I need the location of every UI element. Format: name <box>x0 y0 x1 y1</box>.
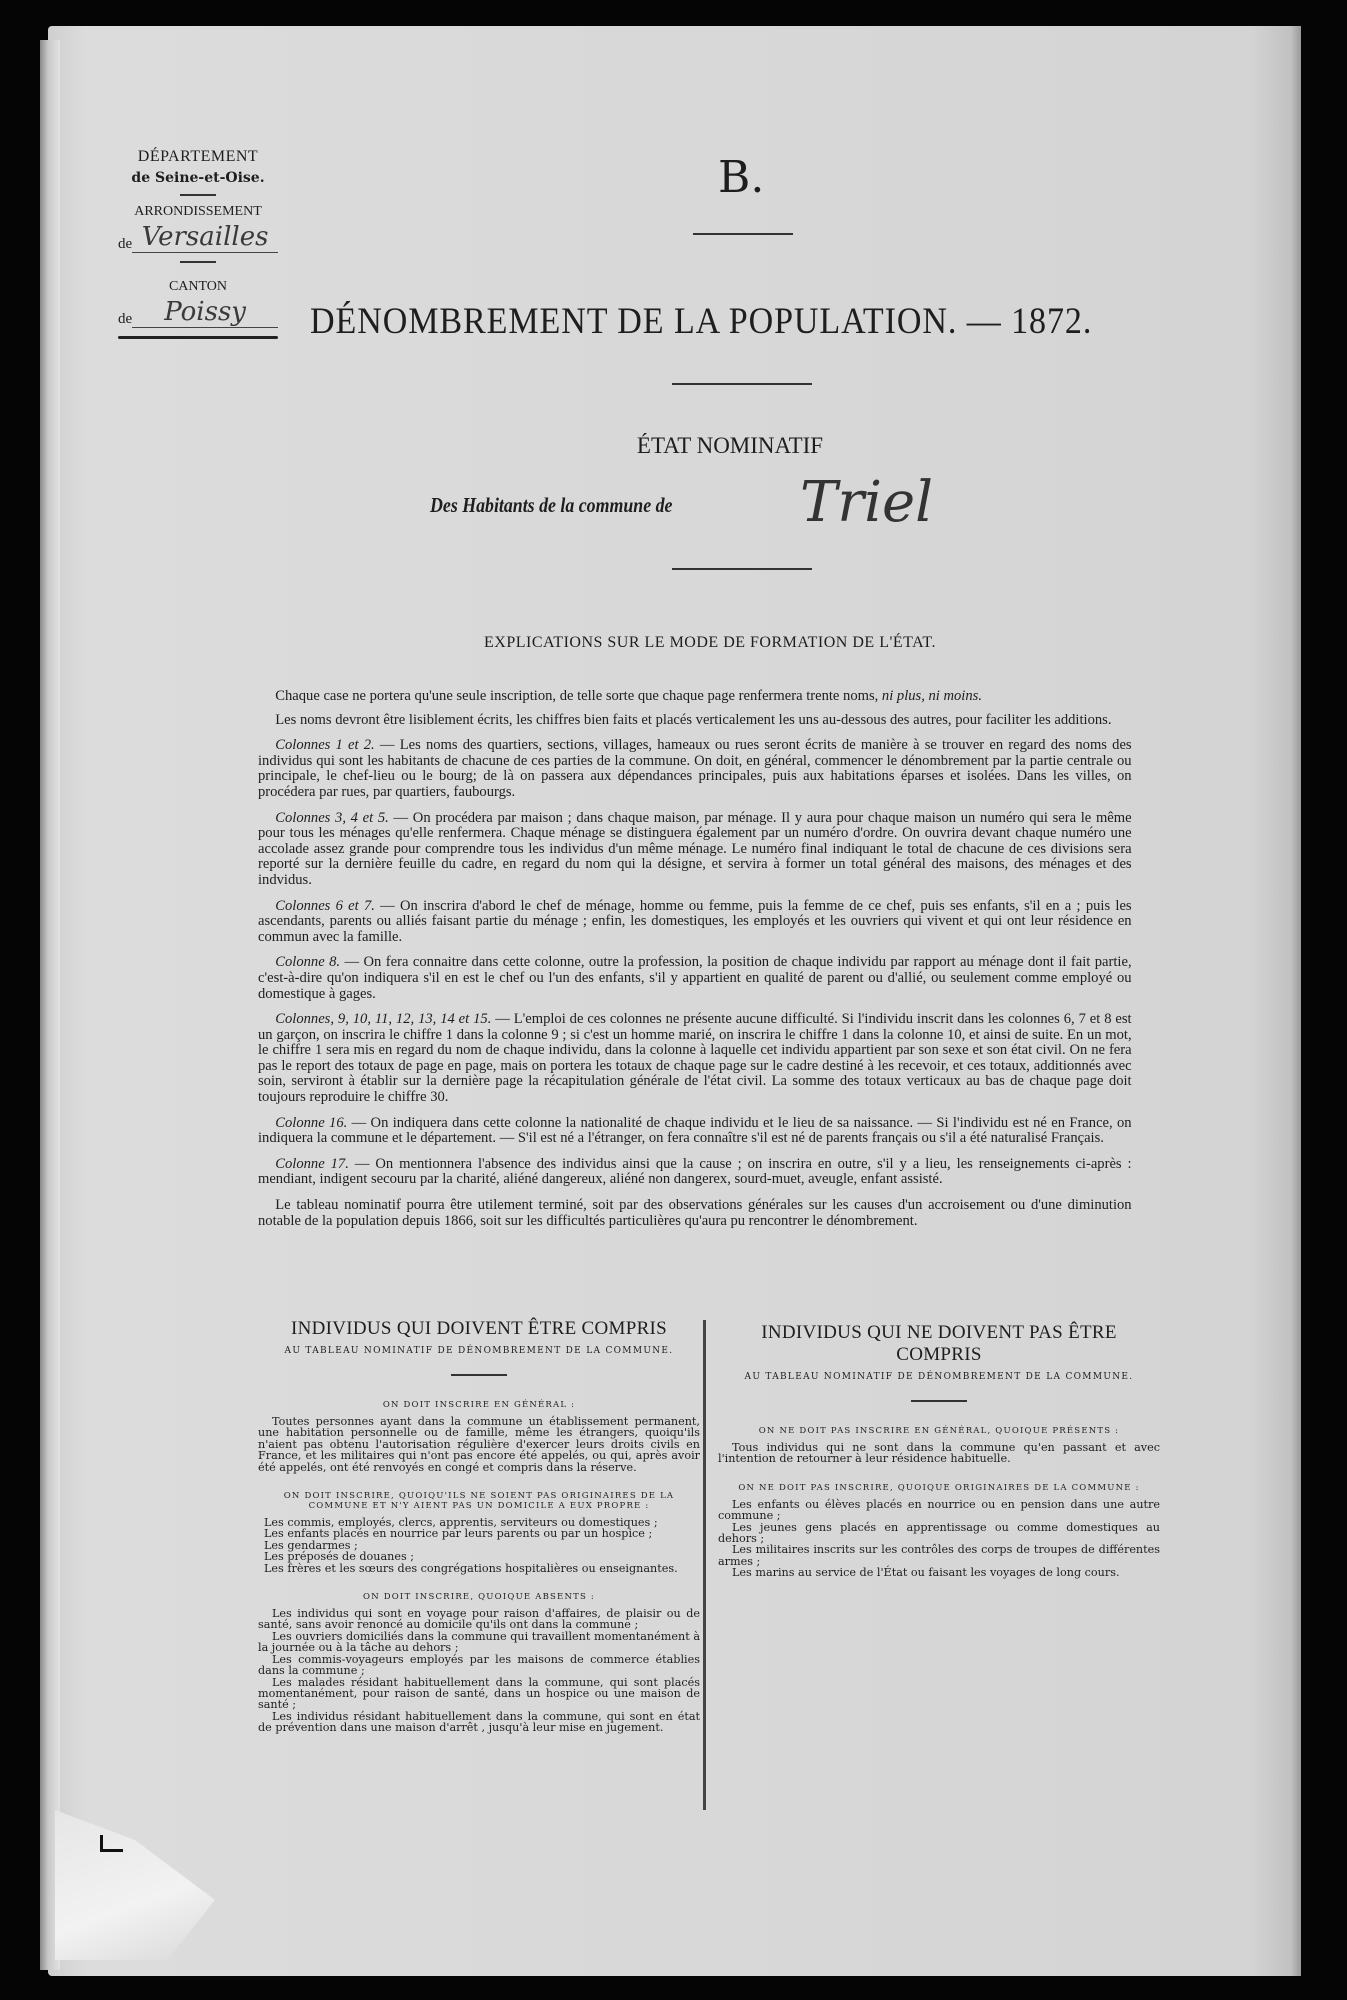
paragraph-lead: Colonne 17. <box>275 1155 349 1172</box>
explanation-paragraph: Chaque case ne portera qu'une seule insc… <box>258 688 1132 704</box>
arrondissement-field: de Versailles <box>118 222 278 253</box>
list-item: Les individus résidant habituellement da… <box>258 1711 700 1734</box>
included-subtitle: AU TABLEAU NOMINATIF DE DÉNOMBREMENT DE … <box>258 1346 700 1356</box>
section-text: Toutes personnes ayant dans la commune u… <box>258 1416 700 1473</box>
explanations-title: EXPLICATIONS SUR LE MODE DE FORMATION DE… <box>360 634 1060 652</box>
list-item: Les commis-voyageurs employés par les ma… <box>258 1654 700 1677</box>
explanation-paragraph: Colonne 16. — On indiquera dans cette co… <box>258 1115 1132 1146</box>
explanation-paragraph: Les noms devront être lisiblement écrits… <box>258 712 1132 728</box>
included-title: INDIVIDUS QUI DOIVENT ÊTRE COMPRIS <box>258 1318 700 1340</box>
list-item: Les jeunes gens placés en apprentissage … <box>718 1522 1160 1545</box>
paragraph: Tous individus qui ne sont dans la commu… <box>718 1442 1160 1465</box>
list-item: Les ouvriers domiciliés dans la commune … <box>258 1631 700 1654</box>
excluded-subtitle: AU TABLEAU NOMINATIF DE DÉNOMBREMENT DE … <box>718 1372 1160 1382</box>
divider <box>118 336 278 339</box>
explanation-paragraph: Colonne 8. — On fera connaitre dans cett… <box>258 954 1132 1001</box>
canton-field: de Poissy <box>118 297 278 328</box>
subtitle: ÉTAT NOMINATIF <box>580 433 880 459</box>
explanation-paragraph: Le tableau nominatif pourra être utileme… <box>258 1197 1132 1228</box>
paragraph-lead: Colonnes 3, 4 et 5. <box>275 809 389 826</box>
divider <box>672 568 812 570</box>
divider <box>911 1400 967 1402</box>
divider <box>180 194 216 196</box>
section-heading: ON NE DOIT PAS INSCRIRE EN GÉNÉRAL, QUOI… <box>718 1426 1160 1436</box>
page-title: DÉNOMBREMENT DE LA POPULATION. — 1872. <box>310 300 1110 343</box>
canton-label: CANTON <box>118 279 278 295</box>
paragraph: Toutes personnes ayant dans la commune u… <box>258 1416 700 1473</box>
divider <box>180 261 216 263</box>
arrondissement-prefix: de <box>118 236 132 253</box>
canton-handwritten: Poissy <box>132 297 278 328</box>
paragraph-lead: Colonnes 6 et 7. <box>275 897 375 914</box>
canton-prefix: de <box>118 311 132 328</box>
section-text: Tous individus qui ne sont dans la commu… <box>718 1442 1160 1465</box>
commune-handwritten: Triel <box>800 470 933 535</box>
page-right-edge <box>1291 26 1301 1976</box>
list-item: Les préposés de douanes ; <box>264 1551 700 1562</box>
paragraph-lead: Colonne 8. <box>275 953 340 970</box>
list-item: Les marins au service de l'État ou faisa… <box>718 1567 1160 1578</box>
list-item: Les malades résidant habituellement dans… <box>258 1677 700 1711</box>
paragraph-lead: Colonne 16. <box>275 1114 347 1131</box>
list-item: Les individus qui sont en voyage pour ra… <box>258 1608 700 1631</box>
department-name: de Seine-et-Oise. <box>118 170 278 186</box>
paragraph-emphasis: ni plus, ni moins. <box>878 687 982 704</box>
page-binding-edge <box>40 40 60 1970</box>
section-heading: ON DOIT INSCRIRE, QUOIQU'ILS NE SOIENT P… <box>258 1491 700 1511</box>
excluded-title: INDIVIDUS QUI NE DOIVENT PAS ÊTRE COMPRI… <box>718 1322 1160 1366</box>
paragraph-lead: Colonnes, 9, 10, 11, 12, 13, 14 et 15. <box>275 1010 491 1027</box>
list-item: Les enfants ou élèves placés en nourrice… <box>718 1499 1160 1522</box>
section-heading: ON DOIT INSCRIRE EN GÉNÉRAL : <box>258 1400 700 1410</box>
explanation-paragraph: Colonnes 6 et 7. — On inscrira d'abord l… <box>258 898 1132 945</box>
explanation-paragraph: Colonnes 3, 4 et 5. — On procédera par m… <box>258 810 1132 888</box>
excluded-individuals-column: INDIVIDUS QUI NE DOIVENT PAS ÊTRE COMPRI… <box>718 1322 1160 1579</box>
department-block: DÉPARTEMENT de Seine-et-Oise. ARRONDISSE… <box>118 148 278 339</box>
explanation-paragraph: Colonne 17. — On mentionnera l'absence d… <box>258 1156 1132 1187</box>
list-item: Les frères et les sœurs des congrégation… <box>264 1563 700 1574</box>
list-item: Les militaires inscrits sur les contrôle… <box>718 1544 1160 1567</box>
explanation-paragraph: Colonnes 1 et 2. — Les noms des quartier… <box>258 737 1132 799</box>
arrondissement-handwritten: Versailles <box>132 222 278 253</box>
divider <box>693 233 793 235</box>
section-list: Les commis, employés, clercs, apprentis,… <box>258 1517 700 1574</box>
explanations-body: Chaque case ne portera qu'une seule insc… <box>258 688 1132 1238</box>
divider <box>672 383 812 385</box>
form-letter: B. <box>718 152 764 203</box>
arrondissement-label: ARRONDISSEMENT <box>118 204 278 220</box>
section-list: Les individus qui sont en voyage pour ra… <box>258 1608 700 1733</box>
column-divider <box>703 1320 706 1810</box>
commune-label: Des Habitants de la commune de <box>430 493 672 518</box>
included-individuals-column: INDIVIDUS QUI DOIVENT ÊTRE COMPRIS AU TA… <box>258 1318 700 1734</box>
section-list: Les enfants ou élèves placés en nourrice… <box>718 1499 1160 1579</box>
section-heading: ON NE DOIT PAS INSCRIRE, QUOIQUE ORIGINA… <box>718 1483 1160 1493</box>
divider <box>451 1374 507 1376</box>
corner-crop-mark <box>100 1835 123 1852</box>
department-label: DÉPARTEMENT <box>118 148 278 166</box>
explanation-paragraph: Colonnes, 9, 10, 11, 12, 13, 14 et 15. —… <box>258 1011 1132 1105</box>
section-heading: ON DOIT INSCRIRE, QUOIQUE ABSENTS : <box>258 1592 700 1602</box>
paragraph-lead: Colonnes 1 et 2. <box>275 736 374 753</box>
